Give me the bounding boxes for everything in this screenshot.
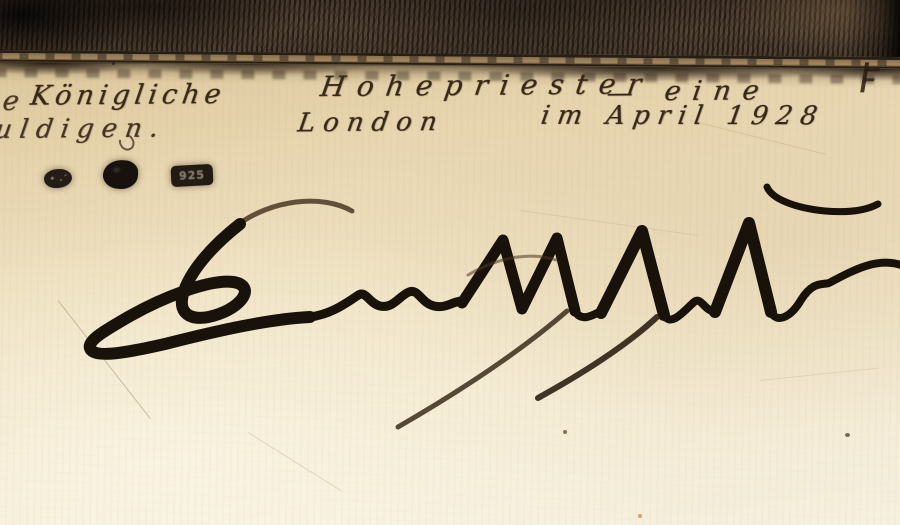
photo-of-signed-etching: e Königliche Hohepriester — eine uldigen…	[0, 0, 900, 525]
artist-signature	[0, 0, 900, 525]
